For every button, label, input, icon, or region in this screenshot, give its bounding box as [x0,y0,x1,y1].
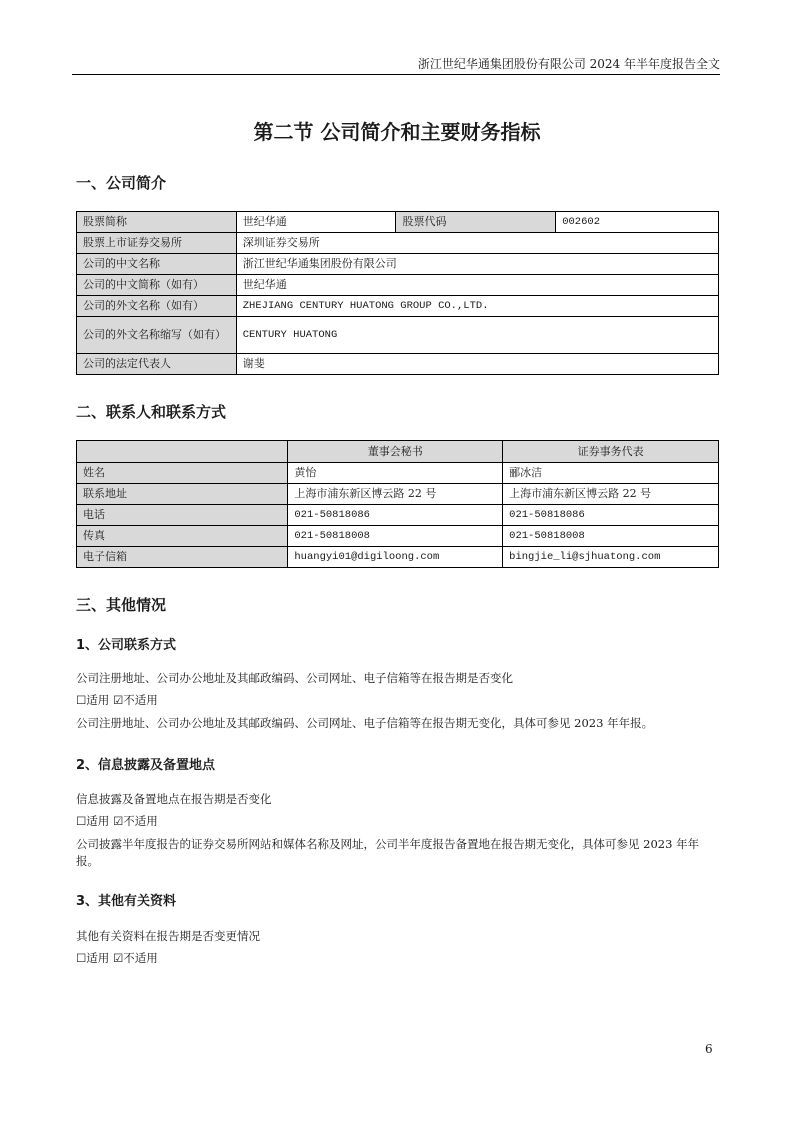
table-value: 021-50818086 [288,505,503,526]
company-profile-table: 股票简称 世纪华通 股票代码 002602 股票上市证券交易所 深圳证券交易所 … [76,211,719,375]
table-row: 股票上市证券交易所 深圳证券交易所 [77,233,719,254]
table-row: 传真 021-50818008 021-50818008 [77,526,719,547]
table-label: 股票上市证券交易所 [77,233,237,254]
section-heading-other: 三、其他情况 [76,594,166,615]
subheading-other-info: 3、其他有关资料 [76,890,176,909]
subheading-disclosure: 2、信息披露及备置地点 [76,754,215,773]
table-header [77,441,288,463]
table-header-row: 董事会秘书 证券事务代表 [77,441,719,463]
applicability-options: ☐适用 ☑不适用 [76,692,716,709]
table-label: 姓名 [77,463,288,484]
table-row: 公司的法定代表人 谢斐 [77,354,719,375]
subheading-contact-info: 1、公司联系方式 [76,634,176,653]
table-label: 公司的外文名称缩写（如有） [77,317,237,354]
table-header: 证券事务代表 [503,441,719,463]
table-value: 浙江世纪华通集团股份有限公司 [236,254,718,275]
page-title: 第二节 公司简介和主要财务指标 [0,116,794,145]
running-header: 浙江世纪华通集团股份有限公司 2024 年半年度报告全文 [72,56,720,75]
table-value: 世纪华通 [236,212,396,233]
table-value: 021-50818086 [503,505,719,526]
email-link[interactable]: huangyi01@digiloong.com [288,547,503,568]
applicability-options: ☐适用 ☑不适用 [76,950,716,967]
table-label: 电子信箱 [77,547,288,568]
table-value: 002602 [556,212,719,233]
table-value: 郦冰洁 [503,463,719,484]
table-label: 股票简称 [77,212,237,233]
table-value: 021-50818008 [503,526,719,547]
section-heading-contacts: 二、联系人和联系方式 [76,401,226,422]
table-row: 公司的中文名称 浙江世纪华通集团股份有限公司 [77,254,719,275]
table-row: 公司的外文名称缩写（如有） CENTURY HUATONG [77,317,719,354]
table-label: 公司的中文名称 [77,254,237,275]
note-text: 公司注册地址、公司办公地址及其邮政编码、公司网址、电子信箱等在报告期无变化，具体… [76,715,716,732]
table-row: 股票简称 世纪华通 股票代码 002602 [77,212,719,233]
question-text: 信息披露及备置地点在报告期是否变化 [76,791,716,808]
section-heading-company-profile: 一、公司简介 [76,172,166,193]
note-text: 公司披露半年度报告的证券交易所网站和媒体名称及网址，公司半年度报告备置地在报告期… [76,836,716,870]
table-label: 联系地址 [77,484,288,505]
table-value: 上海市浦东新区博云路 22 号 [288,484,503,505]
table-row: 电子信箱 huangyi01@digiloong.com bingjie_li@… [77,547,719,568]
table-value: 上海市浦东新区博云路 22 号 [503,484,719,505]
table-label: 传真 [77,526,288,547]
table-value: 深圳证券交易所 [236,233,718,254]
applicability-options: ☐适用 ☑不适用 [76,813,716,830]
table-label: 电话 [77,505,288,526]
table-value: ZHEJIANG CENTURY HUATONG GROUP CO.,LTD. [236,296,718,317]
table-row: 姓名 黄怡 郦冰洁 [77,463,719,484]
table-row: 公司的中文简称（如有） 世纪华通 [77,275,719,296]
table-header: 董事会秘书 [288,441,503,463]
table-label: 公司的中文简称（如有） [77,275,237,296]
contacts-table: 董事会秘书 证券事务代表 姓名 黄怡 郦冰洁 联系地址 上海市浦东新区博云路 2… [76,440,719,568]
table-row: 联系地址 上海市浦东新区博云路 22 号 上海市浦东新区博云路 22 号 [77,484,719,505]
question-text: 公司注册地址、公司办公地址及其邮政编码、公司网址、电子信箱等在报告期是否变化 [76,670,716,687]
table-value: 谢斐 [236,354,718,375]
table-row: 电话 021-50818086 021-50818086 [77,505,719,526]
page-number: 6 [705,1042,713,1056]
table-value: 世纪华通 [236,275,718,296]
email-link[interactable]: bingjie_li@sjhuatong.com [503,547,719,568]
table-label: 股票代码 [396,212,556,233]
table-label: 公司的法定代表人 [77,354,237,375]
table-value: CENTURY HUATONG [236,317,718,354]
table-value: 黄怡 [288,463,503,484]
question-text: 其他有关资料在报告期是否变更情况 [76,928,716,945]
table-label: 公司的外文名称（如有） [77,296,237,317]
table-row: 公司的外文名称（如有） ZHEJIANG CENTURY HUATONG GRO… [77,296,719,317]
table-value: 021-50818008 [288,526,503,547]
